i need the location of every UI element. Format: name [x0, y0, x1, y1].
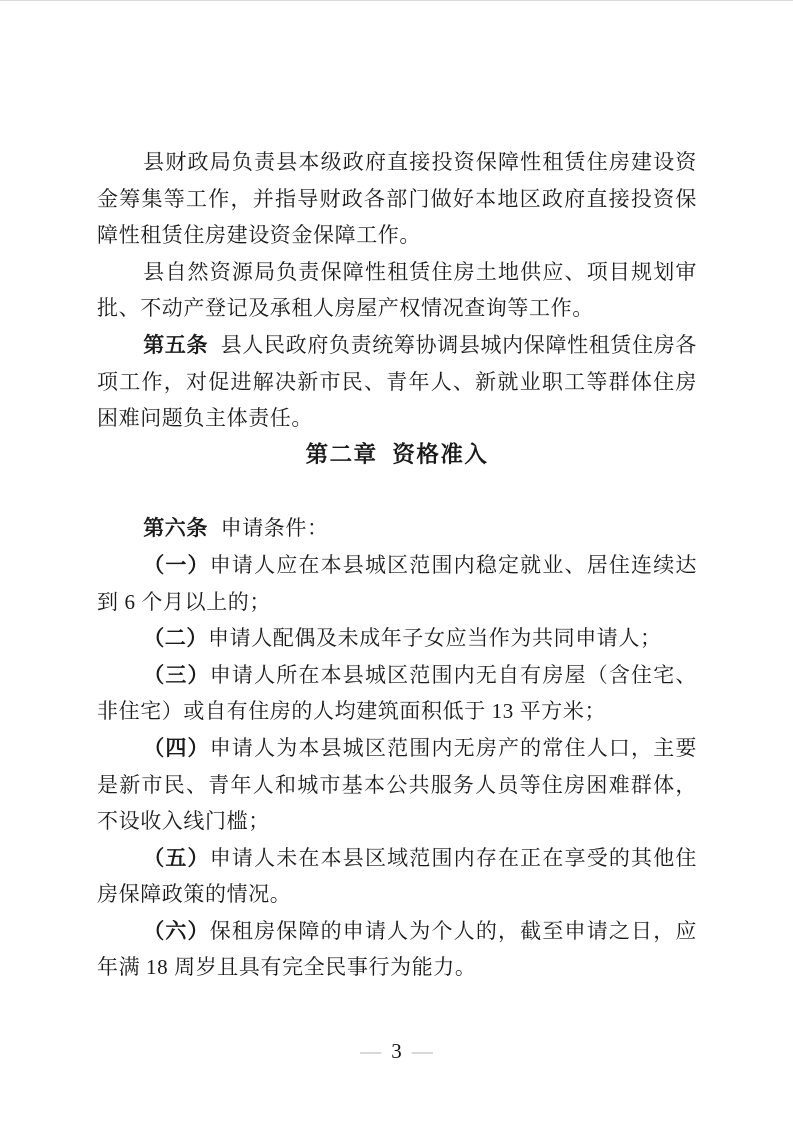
article-number: 第五条: [143, 333, 208, 357]
paragraph-article-5: 第五条县人民政府负责统筹协调县城内保障性租赁住房各项工作，对促进解决新市民、青年…: [97, 327, 697, 437]
page-number-value: 3: [391, 1039, 402, 1063]
page-number-right-dash: —: [412, 1039, 433, 1063]
list-item: （五）申请人未在本县区域范围内存在正在享受的其他住房保障政策的情况。: [97, 840, 697, 913]
list-item: （一）申请人应在本县城区范围内稳定就业、居住连续达到 6 个月以上的；: [97, 547, 697, 620]
item-number: （一）: [143, 553, 210, 577]
chapter-heading: 第二章 资格准入: [97, 437, 697, 474]
paragraph: 县自然资源局负责保障性租赁住房土地供应、项目规划审批、不动产登记及承租人房屋产权…: [97, 254, 697, 327]
list-item: （三）申请人所在本县城区范围内无自有房屋（含住宅、非住宅）或自有住房的人均建筑面…: [97, 657, 697, 730]
scan-edge-line: [0, 0, 793, 1]
document-body: 县财政局负责县本级政府直接投资保障性租赁住房建设资金筹集等工作，并指导财政各部门…: [97, 144, 697, 986]
paragraph: 县财政局负责县本级政府直接投资保障性租赁住房建设资金筹集等工作，并指导财政各部门…: [97, 144, 697, 254]
item-number: （四）: [143, 736, 210, 760]
paragraph-article-6: 第六条申请条件：: [97, 510, 697, 547]
item-text: 申请人配偶及未成年子女应当作为共同申请人；: [208, 626, 662, 650]
page-number: —3—: [0, 1036, 793, 1066]
list-item: （四）申请人为本县城区范围内无房产的常住人口，主要是新市民、青年人和城市基本公共…: [97, 730, 697, 840]
paragraph-text: 县财政局负责县本级政府直接投资保障性租赁住房建设资金筹集等工作，并指导财政各部门…: [97, 150, 697, 247]
list-item: （六）保租房保障的申请人为个人的，截至申请之日，应年满 18 周岁且具有完全民事…: [97, 913, 697, 986]
item-number: （二）: [143, 626, 208, 650]
list-item: （二）申请人配偶及未成年子女应当作为共同申请人；: [97, 620, 697, 657]
item-number: （五）: [143, 846, 210, 870]
item-number: （三）: [143, 663, 210, 687]
paragraph-text: 申请条件：: [221, 516, 329, 540]
page-number-left-dash: —: [360, 1039, 381, 1063]
item-number: （六）: [143, 919, 210, 943]
paragraph-text: 县自然资源局负责保障性租赁住房土地供应、项目规划审批、不动产登记及承租人房屋产权…: [97, 260, 697, 321]
article-number: 第六条: [143, 516, 208, 540]
